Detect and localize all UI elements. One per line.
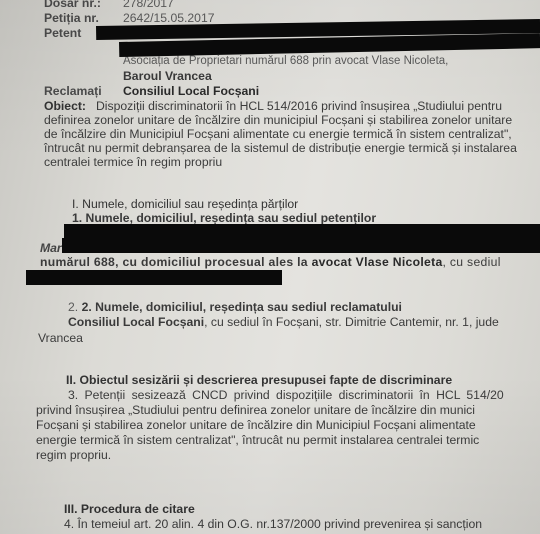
petent-line2: Asociația de Proprietari numărul 688 pri… xyxy=(123,54,448,68)
dosar-value: 278/2017 xyxy=(123,0,174,10)
petitia-label: Petiția nr. xyxy=(44,11,99,25)
reclamati-value: Consiliul Local Focșani xyxy=(123,84,259,98)
obiect-line: definirea zonelor unitare de încălzire d… xyxy=(44,113,512,127)
obiect-label: Obiect: xyxy=(44,99,86,113)
section2-line: regim propriu. xyxy=(36,448,111,462)
petent-label: Petent xyxy=(44,26,81,40)
numarul-text: numărul 688, cu domiciliul procesual ale… xyxy=(40,255,308,269)
partial-name: Mar xyxy=(40,241,62,255)
dosar-label: Dosar nr.: xyxy=(44,0,101,10)
obiect-line: centralei termice în regim propriu xyxy=(44,155,222,169)
section3-title: III. Procedura de citare xyxy=(64,502,195,516)
document-page: Dosar nr.: 278/2017 Petiția nr. 2642/15.… xyxy=(0,0,540,534)
redaction-bar xyxy=(64,224,540,239)
reclamati-label: Reclamați xyxy=(44,84,102,98)
numarul-line: numărul 688, cu domiciliul procesual ale… xyxy=(40,255,501,269)
reclamat-line: Consiliul Local Focșani, cu sediul în Fo… xyxy=(68,315,499,329)
petitia-value: 2642/15.05.2017 xyxy=(123,11,215,25)
section1-title: I. Numele, domiciliul sau reședința părț… xyxy=(72,197,298,211)
section2-line: 3. Petenții sesizează CNCD privind dispo… xyxy=(68,388,504,402)
section2-line: Focșani și stabilirea zonelor unitare de… xyxy=(36,418,476,432)
redaction-bar xyxy=(62,238,540,253)
obiect-line: Dispoziții discriminatorii în HCL 514/20… xyxy=(96,99,502,113)
petent-line3: Baroul Vrancea xyxy=(123,69,212,83)
redaction-bar xyxy=(26,270,282,285)
section2-line: energie termică în sistem centralizat", … xyxy=(36,433,479,447)
section1-sub1-title: 1. Numele, domiciliul, reședința sau sed… xyxy=(72,211,376,225)
section3-line: 4. În temeiul art. 20 alin. 4 din O.G. n… xyxy=(64,517,482,531)
section1-sub2-title: 2. Numele, domiciliul, reședința sau sed… xyxy=(82,300,402,314)
obiect-line: întrucât nu permit debranșarea de la sis… xyxy=(44,141,517,155)
section1-sub2: 2. 2. Numele, domiciliul, reședința sau … xyxy=(68,300,402,314)
sediul-text: , cu sediul xyxy=(443,255,501,269)
reclamat-name: Consiliul Local Focșani xyxy=(68,315,204,329)
avocat-name: avocat Vlase Nicoleta xyxy=(312,255,443,269)
section2-line: privind însușirea „Studiului pentru defi… xyxy=(36,403,475,417)
section2-title: II. Obiectul sesizării și descrierea pre… xyxy=(66,373,452,387)
reclamat-line2: Vrancea xyxy=(38,331,83,345)
obiect-line: de încălzire din Municipiul Focșani alim… xyxy=(44,127,512,141)
reclamat-rest: , cu sediul în Focșani, str. Dimitrie Ca… xyxy=(204,315,499,329)
